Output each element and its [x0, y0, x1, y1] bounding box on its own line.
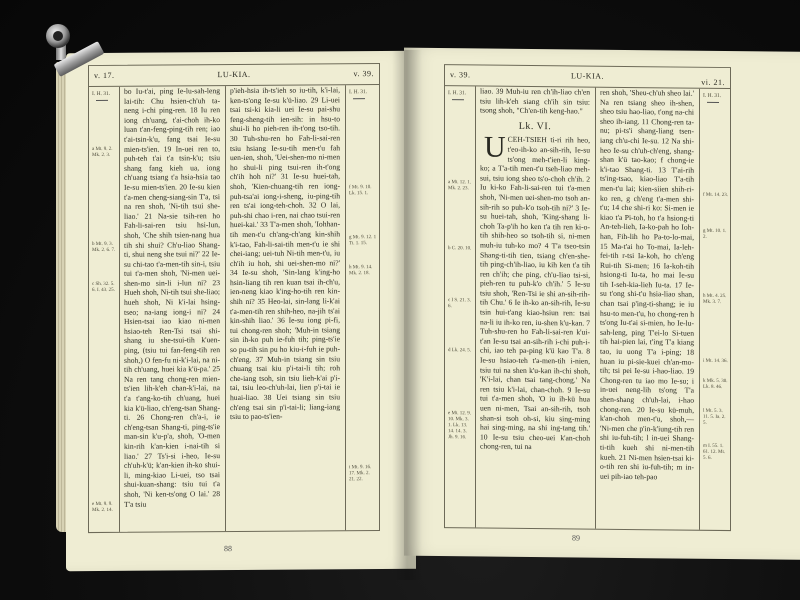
cross-reference: f Mt. 14. 23. — [703, 193, 728, 199]
text-column-2: p'ieh-hsia ih-ts'ieh so iu-tih, k'i-lai,… — [226, 85, 344, 531]
cross-reference: b Mt. 9. 3. Mk. 2. 6. 7. — [92, 242, 117, 254]
cross-reference: b C. 20. 10. — [448, 246, 473, 252]
cross-reference: h Mt. 4. 25. Mk. 3. 7. — [703, 294, 728, 306]
text-column-2: ren shoh, 'Sheu-ch'uh sheo lai.' Na ren … — [596, 88, 698, 530]
book-title: LU-KIA. — [89, 69, 379, 80]
cross-reference: i Mt. 14. 36. — [703, 359, 728, 365]
cross-reference: c Sh. 32. 5. 6. I. 43. 25. — [92, 282, 117, 294]
page-number: 89 — [572, 533, 580, 542]
cross-reference: e Mt. 9. 9. Mk. 2. 14. — [92, 502, 117, 514]
scripture-text: p'ieh-hsia ih-ts'ieh so iu-tih, k'i-lai,… — [230, 85, 340, 422]
right-page: v. 39. LU-KIA. vi. 21. I. H. 31. a Mt. 1… — [404, 48, 800, 561]
running-head-right: v. 39. LU-KIA. vi. 21. — [445, 65, 730, 89]
margin-date-mark: I. H. 31. — [703, 93, 721, 103]
text-column-1: liao. 39 Muh-iu ren ch'ih-liao ch'en tsi… — [476, 86, 594, 528]
cross-reference: g Mt. 10. 1. 2. — [703, 229, 728, 241]
right-page-frame: v. 39. LU-KIA. vi. 21. I. H. 31. a Mt. 1… — [444, 64, 731, 531]
margin-date-mark: I. H. 31. — [448, 90, 466, 100]
scripture-text: liao. 39 Muh-iu ren ch'ih-liao ch'en tsi… — [480, 86, 590, 116]
verse-range-end: vi. 21. — [701, 78, 725, 87]
running-head-left: v. 17. LU-KIA. v. 39. — [89, 64, 379, 87]
margin-date-mark: I. H. 31. — [92, 91, 110, 101]
cross-reference: e Mt. 12. 9. 10. Mk. 3. 1. Lk. 13. 14. 1… — [448, 411, 473, 441]
cross-reference: i Mt. 9. 16. 17. Mk. 2. 21. 22. — [349, 465, 377, 483]
book-title: LU-KIA. — [445, 70, 730, 82]
margin-date-mark: I. H. 31. — [349, 89, 367, 99]
cross-reference: a Mt. 12. 1. Mk. 2. 23. — [448, 180, 473, 192]
cross-reference: g Mt. 9. 12. 1 Ti. 1. 15. — [349, 235, 377, 247]
left-page-frame: v. 17. LU-KIA. v. 39. I. H. 31. a Mt. 9.… — [88, 63, 380, 533]
right-margin-references: I. H. 31. f Mt. 9. 10. Lk. 15. 1. g Mt. … — [346, 85, 379, 530]
cross-reference: h Mt. 9. 14. Mk. 2. 18. — [349, 265, 377, 277]
chapter-opening: U CEH-TSIEH ti-ri rih heo, t'eo-ih-ko an… — [480, 135, 590, 453]
page-number: 88 — [224, 544, 232, 553]
cross-reference: f Mt. 9. 10. Lk. 15. 1. — [349, 185, 377, 197]
cross-reference: a Mt. 9. 2. Mk. 2. 3. — [92, 147, 117, 159]
cross-reference: c I S. 21. 3. 6. — [448, 298, 473, 310]
verse-range-end: v. 39. — [354, 69, 374, 78]
cross-reference: k Mk. 5. 30. Lk. 8. 46. — [703, 379, 728, 391]
book-gutter — [392, 50, 422, 580]
cross-reference: d Lk. 24. 5. — [448, 348, 473, 354]
scripture-text: CEH-TSIEH ti-ri rih heo, t'eo-ih-ko an-s… — [480, 135, 590, 451]
cross-reference: l Mt. 5. 3. 11. 5. Ia. 2. 5. — [703, 409, 728, 427]
text-column-1: bo Iu-t'ai, ping Ie-lu-sah-leng lai-tih:… — [120, 86, 224, 532]
left-margin-references: I. H. 31. a Mt. 9. 2. Mk. 2. 3. b Mt. 9.… — [89, 87, 119, 532]
left-margin-references: I. H. 31. a Mt. 12. 1. Mk. 2. 23. b C. 2… — [445, 86, 475, 527]
scripture-text: ren shoh, 'Sheu-ch'uh sheo lai.' Na ren … — [600, 88, 694, 482]
scripture-text: bo Iu-t'ai, ping Ie-lu-sah-leng lai-tih:… — [124, 86, 220, 509]
right-margin-references: I. H. 31. f Mt. 14. 23. g Mt. 10. 1. 2. … — [700, 89, 730, 530]
left-page: v. 17. LU-KIA. v. 39. I. H. 31. a Mt. 9.… — [66, 51, 416, 571]
cross-reference: m I. 55. 1. 61. 12. Mt. 5. 6. — [703, 444, 728, 462]
drop-cap: U — [484, 135, 506, 161]
binder-clip-icon — [42, 20, 112, 80]
